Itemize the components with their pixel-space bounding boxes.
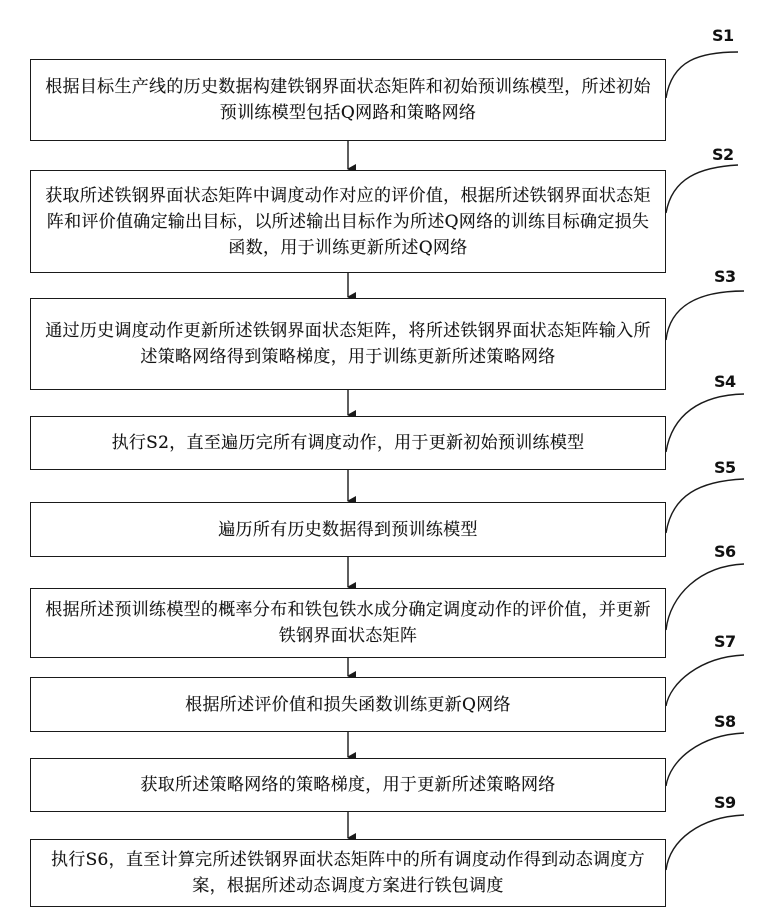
step-box-s2: 获取所述铁钢界面状态矩阵中调度动作对应的评价值，根据所述铁钢界面状态矩阵和评价值… bbox=[30, 170, 666, 273]
step-text-s5: 遍历所有历史数据得到预训练模型 bbox=[218, 517, 478, 543]
callout-curve-s9 bbox=[666, 815, 744, 870]
step-label-s6: S6 bbox=[714, 542, 736, 561]
step-text-s4: 执行S2，直至遍历完所有调度动作，用于更新初始预训练模型 bbox=[112, 430, 585, 456]
step-label-s2: S2 bbox=[712, 145, 734, 164]
step-box-s4: 执行S2，直至遍历完所有调度动作，用于更新初始预训练模型 bbox=[30, 416, 666, 470]
callout-curve-s6 bbox=[666, 564, 744, 630]
step-box-s9: 执行S6，直至计算完所述铁钢界面状态矩阵中的所有调度动作得到动态调度方案，根据所… bbox=[30, 839, 666, 907]
step-text-s8: 获取所述策略网络的策略梯度，用于更新所述策略网络 bbox=[140, 772, 555, 798]
step-box-s1: 根据目标生产线的历史数据构建铁钢界面状态矩阵和初始预训练模型，所述初始预训练模型… bbox=[30, 59, 666, 141]
step-label-s4: S4 bbox=[714, 372, 736, 391]
step-text-s2: 获取所述铁钢界面状态矩阵中调度动作对应的评价值，根据所述铁钢界面状态矩阵和评价值… bbox=[43, 183, 653, 261]
callout-curve-s5 bbox=[666, 479, 744, 533]
step-text-s3: 通过历史调度动作更新所述铁钢界面状态矩阵，将所述铁钢界面状态矩阵输入所述策略网络… bbox=[43, 318, 653, 370]
step-label-s1: S1 bbox=[712, 26, 734, 45]
callout-curve-s1 bbox=[666, 52, 738, 98]
callout-curve-s7 bbox=[666, 655, 744, 706]
step-box-s8: 获取所述策略网络的策略梯度，用于更新所述策略网络 bbox=[30, 758, 666, 812]
callout-curve-s8 bbox=[666, 733, 744, 786]
step-box-s5: 遍历所有历史数据得到预训练模型 bbox=[30, 502, 666, 557]
step-label-s3: S3 bbox=[714, 267, 736, 286]
step-text-s9: 执行S6，直至计算完所述铁钢界面状态矩阵中的所有调度动作得到动态调度方案，根据所… bbox=[43, 847, 653, 899]
step-box-s7: 根据所述评价值和损失函数训练更新Q网络 bbox=[30, 677, 666, 732]
step-box-s6: 根据所述预训练模型的概率分布和铁包铁水成分确定调度动作的评价值，并更新铁钢界面状… bbox=[30, 588, 666, 658]
step-text-s7: 根据所述评价值和损失函数训练更新Q网络 bbox=[185, 692, 511, 718]
callout-curve-s3 bbox=[666, 291, 744, 340]
step-label-s9: S9 bbox=[714, 793, 736, 812]
callout-curve-s4 bbox=[666, 394, 744, 452]
step-text-s6: 根据所述预训练模型的概率分布和铁包铁水成分确定调度动作的评价值，并更新铁钢界面状… bbox=[43, 597, 653, 649]
step-label-s8: S8 bbox=[714, 712, 736, 731]
step-text-s1: 根据目标生产线的历史数据构建铁钢界面状态矩阵和初始预训练模型，所述初始预训练模型… bbox=[43, 74, 653, 126]
step-box-s3: 通过历史调度动作更新所述铁钢界面状态矩阵，将所述铁钢界面状态矩阵输入所述策略网络… bbox=[30, 298, 666, 390]
step-label-s7: S7 bbox=[714, 632, 736, 651]
callout-curve-s2 bbox=[666, 165, 738, 213]
step-label-s5: S5 bbox=[714, 458, 736, 477]
